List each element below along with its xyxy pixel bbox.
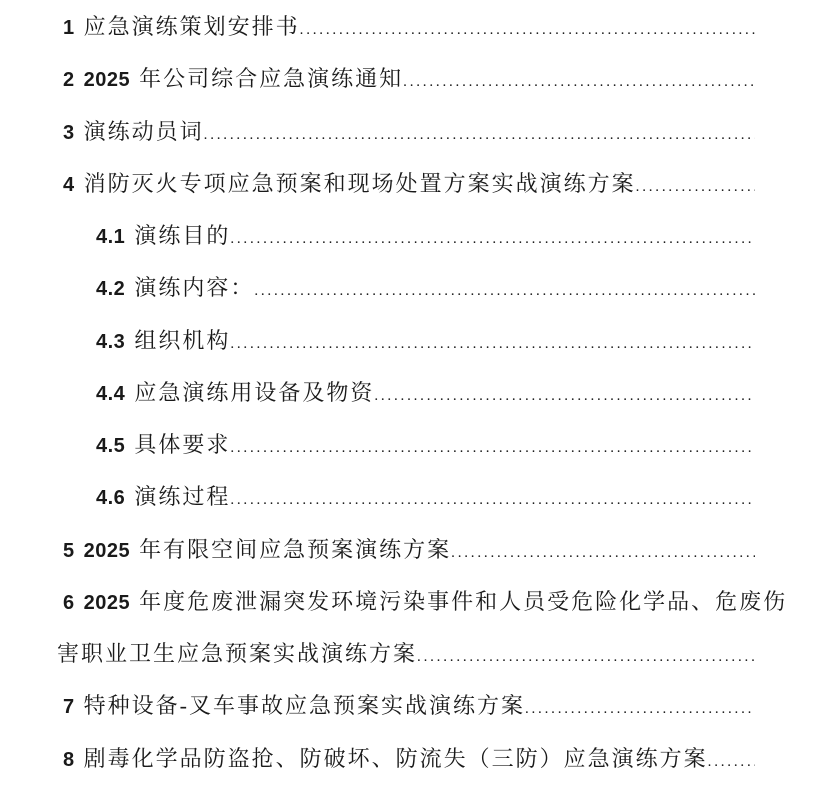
dot-leader: ........................................…	[403, 74, 755, 91]
toc-entry-4-5[interactable]: 4.5 具体要求 ...............................…	[0, 419, 820, 471]
dot-leader: ........................................…	[451, 545, 755, 562]
toc-entry-number: 4.3	[96, 331, 125, 354]
toc-entry-title: 演练动员词	[84, 106, 204, 158]
toc-entry-7[interactable]: 7 特种设备-叉车事故应急预案实战演练方案 ..................…	[0, 680, 820, 732]
toc-entry-number: 8	[63, 749, 75, 772]
toc-entry-number: 4.4	[96, 383, 125, 406]
toc-entry-title: 演练内容：	[134, 262, 254, 314]
toc-entry-number: 1	[63, 17, 75, 40]
toc-entry-title: 具体要求	[134, 419, 230, 471]
toc-entry-4-2[interactable]: 4.2 演练内容： ..............................…	[0, 262, 820, 314]
toc-entry-year: 2025	[84, 540, 131, 563]
toc-entry-number: 4.1	[96, 226, 125, 249]
toc-entry-number: 4	[63, 174, 75, 197]
toc-entry-2[interactable]: 2 2025 年公司综合应急演练通知 .....................…	[0, 53, 820, 105]
toc-entry-title: 年度危废泄漏突发环境污染事件和人员受危险化学品、危废伤	[139, 576, 787, 628]
toc-entry-title: 剧毒化学品防盗抢、防破坏、防流失（三防）应急演练方案	[84, 733, 708, 785]
toc-entry-title: 应急演练策划安排书	[84, 1, 300, 53]
dot-leader: ........................................…	[254, 283, 755, 300]
toc-entry-title: 组织机构	[134, 315, 230, 367]
toc-entry-year: 2025	[84, 69, 131, 92]
toc-entry-4-1[interactable]: 4.1 演练目的 ...............................…	[0, 210, 820, 262]
toc-entry-number: 5	[63, 540, 75, 563]
toc-entry-number: 2	[63, 69, 75, 92]
toc-entry-1[interactable]: 1 应急演练策划安排书 ............................…	[0, 1, 820, 53]
dot-leader: ........................................…	[204, 127, 755, 144]
toc-entry-title: 年有限空间应急预案演练方案	[139, 524, 451, 576]
toc-entry-6-continuation[interactable]: 害职业卫生应急预案实战演练方案 ........................…	[0, 628, 820, 680]
toc-entry-year: 2025	[84, 592, 131, 615]
dot-leader: ........................................…	[230, 231, 755, 248]
toc-entry-5[interactable]: 5 2025 年有限空间应急预案演练方案 ...................…	[0, 524, 820, 576]
toc-entry-title: 演练目的	[134, 210, 230, 262]
toc-entry-title: 消防灭火专项应急预案和现场处置方案实战演练方案	[84, 158, 636, 210]
dot-leader: ........................................…	[230, 336, 755, 353]
toc-entry-number: 4.2	[96, 278, 125, 301]
toc-entry-number: 4.6	[96, 487, 125, 510]
dot-leader: ........................................…	[525, 701, 755, 718]
toc-entry-4-6[interactable]: 4.6 演练过程 ...............................…	[0, 471, 820, 523]
toc-entry-number: 3	[63, 122, 75, 145]
dot-leader: ........................................…	[708, 754, 755, 771]
toc-entry-4-4[interactable]: 4.4 应急演练用设备及物资 .........................…	[0, 367, 820, 419]
toc-entry-4[interactable]: 4 消防灭火专项应急预案和现场处置方案实战演练方案 ..............…	[0, 158, 820, 210]
dot-leader: ........................................…	[230, 492, 755, 509]
toc-entry-title: 应急演练用设备及物资	[134, 367, 374, 419]
toc-entry-number: 4.5	[96, 435, 125, 458]
toc-entry-title: 演练过程	[134, 471, 230, 523]
toc-entry-6[interactable]: 6 2025 年度危废泄漏突发环境污染事件和人员受危险化学品、危废伤	[0, 576, 820, 628]
dot-leader: ........................................…	[230, 440, 755, 457]
dot-leader: ........................................…	[374, 388, 755, 405]
toc-entry-number: 7	[63, 696, 75, 719]
toc-entry-title: 害职业卫生应急预案实战演练方案	[57, 628, 417, 680]
toc-entry-4-3[interactable]: 4.3 组织机构 ...............................…	[0, 315, 820, 367]
toc-entry-title: 年公司综合应急演练通知	[139, 53, 403, 105]
toc-entry-title: 特种设备-叉车事故应急预案实战演练方案	[84, 680, 525, 732]
dot-leader: ........................................…	[417, 649, 755, 666]
dot-leader: ........................................…	[636, 179, 755, 196]
toc-entry-3[interactable]: 3 演练动员词 ................................…	[0, 106, 820, 158]
dot-leader: ........................................…	[300, 22, 755, 39]
toc-page: 1 应急演练策划安排书 ............................…	[0, 0, 820, 785]
toc-entry-number: 6	[63, 592, 75, 615]
toc-entry-8[interactable]: 8 剧毒化学品防盗抢、防破坏、防流失（三防）应急演练方案 ...........…	[0, 733, 820, 785]
